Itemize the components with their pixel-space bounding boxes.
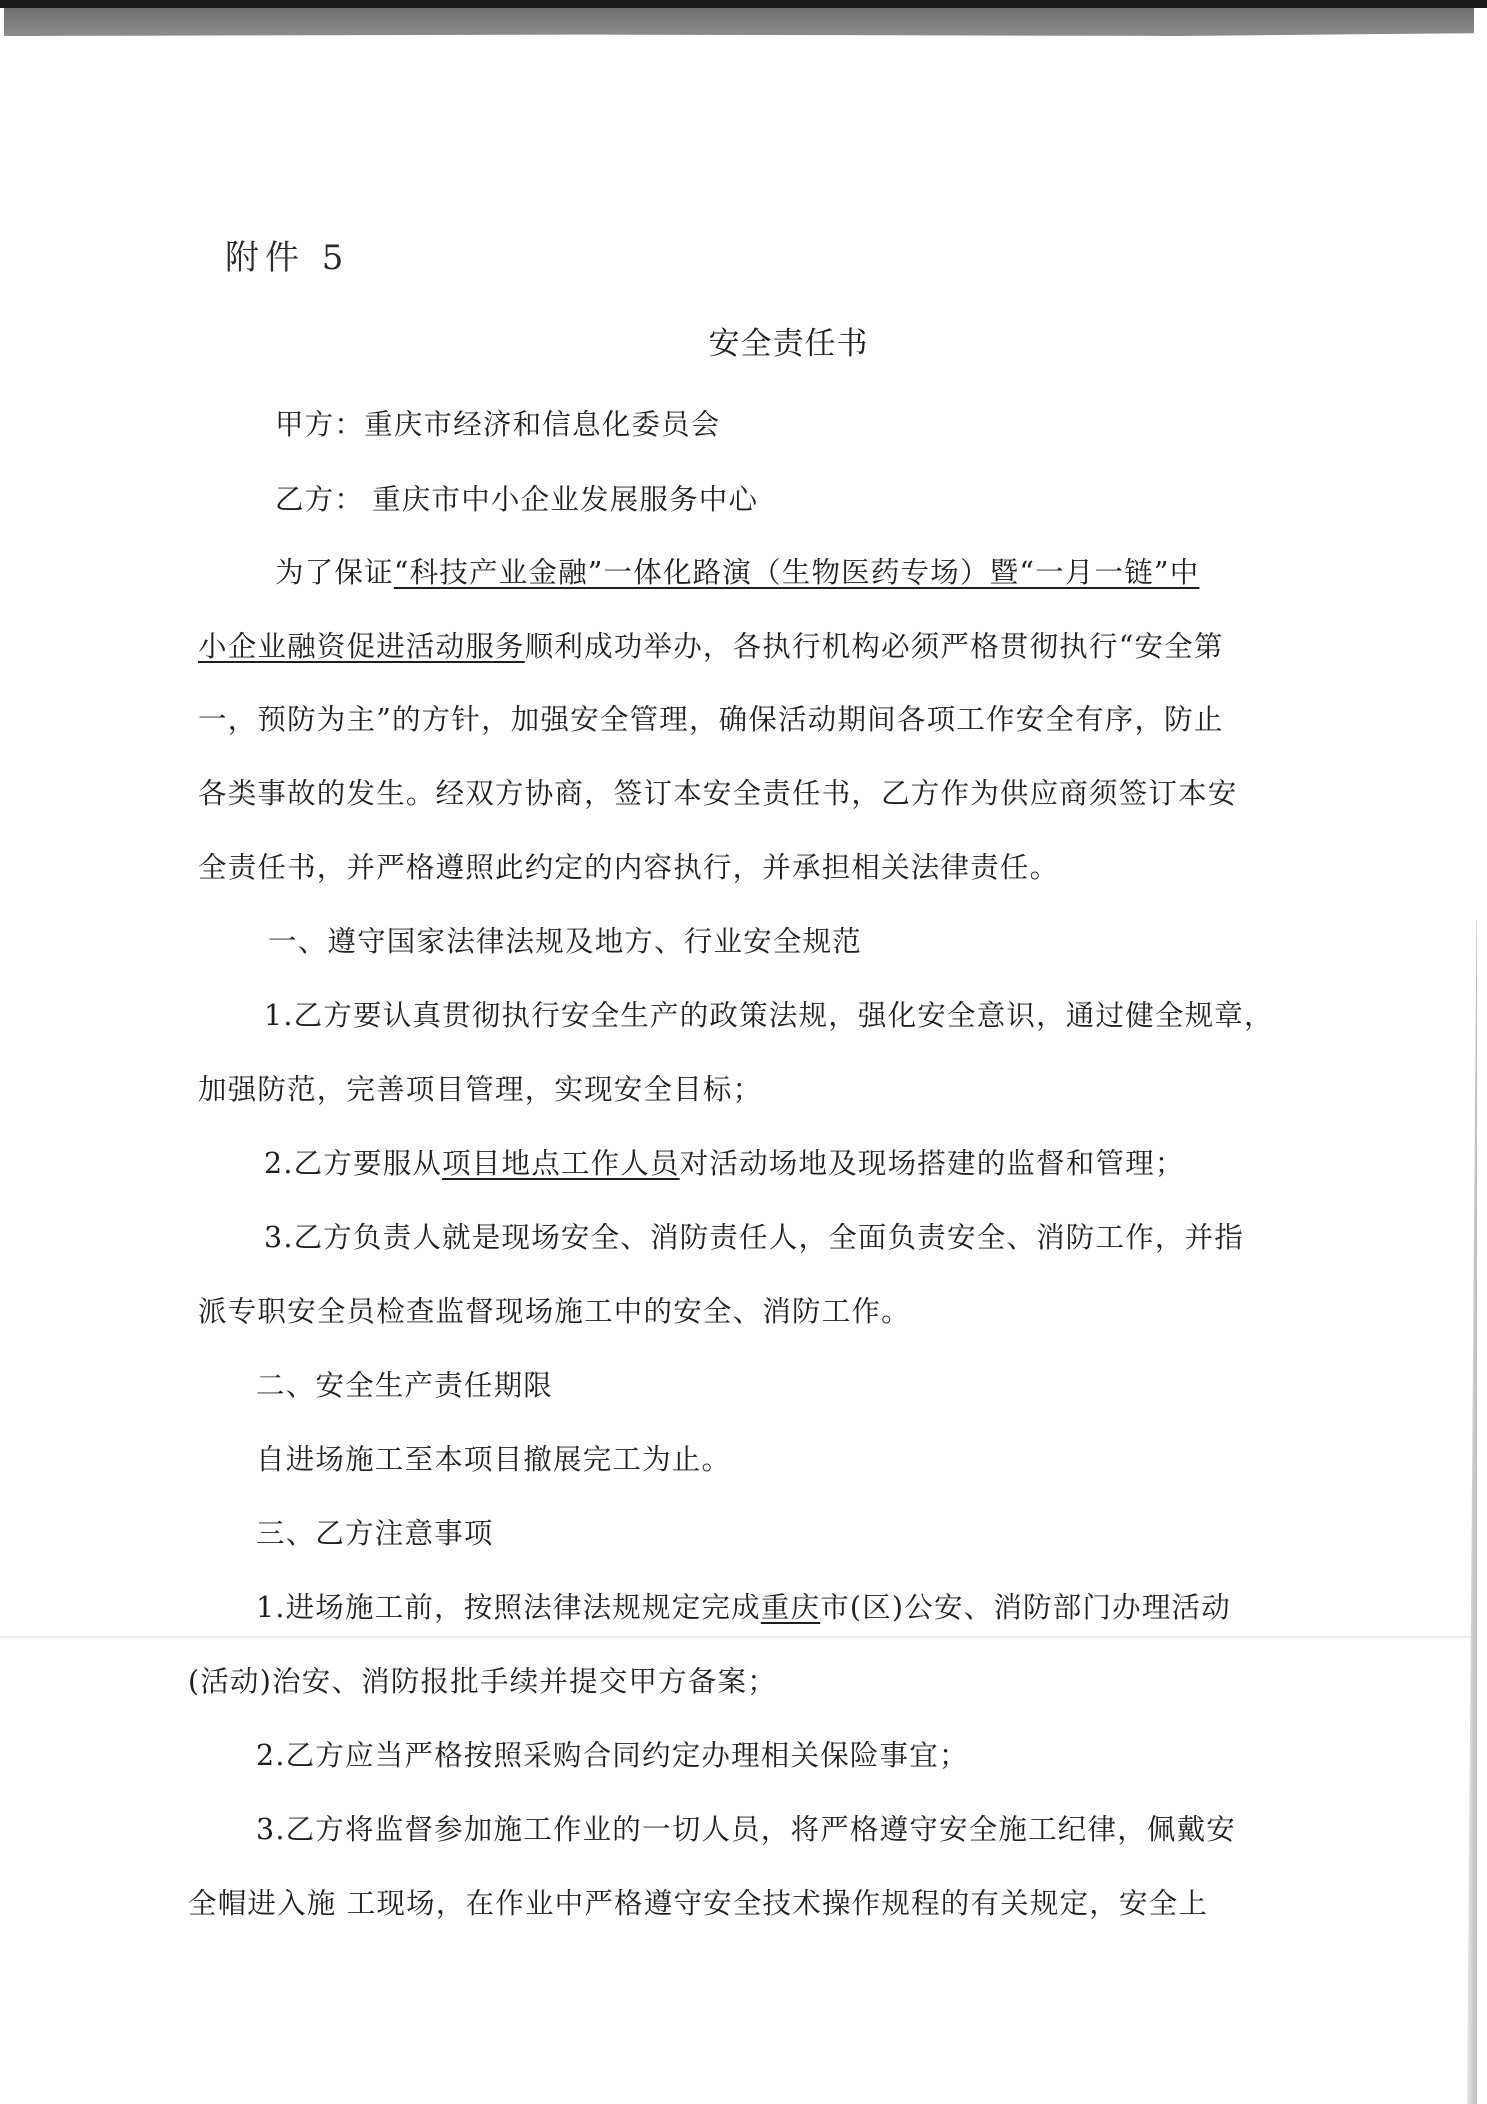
attachment-label: 附件 5 [225, 230, 349, 279]
section-3-item-1-cont: (活动)治安、消防报批手续并提交甲方备案； [188, 1659, 777, 1700]
party-b-name: 重庆市中小企业发展服务中心 [364, 483, 758, 516]
party-a: 甲方：重庆市经济和信息化委员会 [275, 402, 721, 443]
section-1-item-2: 2.乙方要服从项目地点工作人员对活动场地及现场搭建的监督和管理； [264, 1141, 1185, 1182]
section-3-item-3-cont: 全帽进入施 工现场，在作业中严格遵守安全技术操作规程的有关规定，安全上 [188, 1881, 1208, 1922]
intro-line-3: 一，预防为主”的方针，加强安全管理，确保活动期间各项工作安全有序，防止 [198, 697, 1224, 738]
section-1-item-3-cont: 派专职安全员检查监督现场施工中的安全、消防工作。 [198, 1289, 911, 1330]
party-b: 乙方：重庆市中小企业发展服务中心 [275, 477, 758, 518]
party-a-label: 甲方： [275, 408, 364, 441]
section-1-heading: 一、遵守国家法律法规及地方、行业安全规范 [268, 919, 862, 960]
party-b-label: 乙方： [275, 483, 364, 516]
underlined-term: 重庆 [761, 1591, 820, 1624]
section-2-body: 自进场施工至本项目撤展完工为止。 [256, 1437, 731, 1478]
intro-line-1: 为了保证“科技产业金融”一体化路演（生物医药专场）暨“一月一链”中 [275, 550, 1199, 591]
document-title: 安全责任书 [0, 318, 1487, 363]
item-text: 市(区)公安、消防部门办理活动 [820, 1591, 1231, 1624]
section-3-heading: 三、乙方注意事项 [256, 1511, 494, 1552]
section-3-item-2: 2.乙方应当严格按照采购合同约定办理相关保险事宜； [256, 1733, 969, 1774]
intro-line-4: 各类事故的发生。经双方协商，签订本安全责任书，乙方作为供应商须签订本安 [198, 771, 1238, 812]
intro-line-2: 小企业融资促进活动服务顺利成功举办，各执行机构必须严格贯彻执行“安全第 [198, 624, 1224, 665]
intro-line-5: 全责任书，并严格遵照此约定的内容执行，并承担相关法律责任。 [198, 845, 1059, 886]
section-1-item-1: 1.乙方要认真贯彻执行安全生产的政策法规，强化安全意识，通过健全规章， [264, 993, 1274, 1034]
section-3-item-1: 1.进场施工前，按照法律法规规定完成重庆市(区)公安、消防部门办理活动 [256, 1585, 1231, 1626]
section-2-heading: 二、安全生产责任期限 [256, 1363, 553, 1404]
intro-text: 顺利成功举办，各执行机构必须严格贯彻执行“安全第 [525, 630, 1224, 663]
item-text: 2.乙方要服从 [264, 1147, 442, 1180]
item-text: 对活动场地及现场搭建的监督和管理； [680, 1147, 1185, 1180]
underlined-term: 项目地点工作人员 [442, 1147, 680, 1180]
section-1-item-1-cont: 加强防范，完善项目管理，实现安全目标； [198, 1067, 762, 1108]
section-3-item-3: 3.乙方将监督参加施工作业的一切人员，将严格遵守安全施工纪律，佩戴安 [256, 1807, 1236, 1848]
section-1-item-3: 3.乙方负责人就是现场安全、消防责任人，全面负责安全、消防工作，并指 [264, 1215, 1244, 1256]
event-name-underlined: “科技产业金融”一体化路演（生物医药专场）暨“一月一链”中 [394, 556, 1200, 589]
item-text: 1.进场施工前，按照法律法规规定完成 [256, 1591, 761, 1624]
document-page: 附件 5 安全责任书 甲方：重庆市经济和信息化委员会 乙方：重庆市中小企业发展服… [0, 0, 1487, 2104]
event-name-underlined-cont: 小企业融资促进活动服务 [198, 630, 525, 663]
intro-text: 为了保证 [275, 556, 394, 589]
party-a-name: 重庆市经济和信息化委员会 [364, 408, 720, 441]
